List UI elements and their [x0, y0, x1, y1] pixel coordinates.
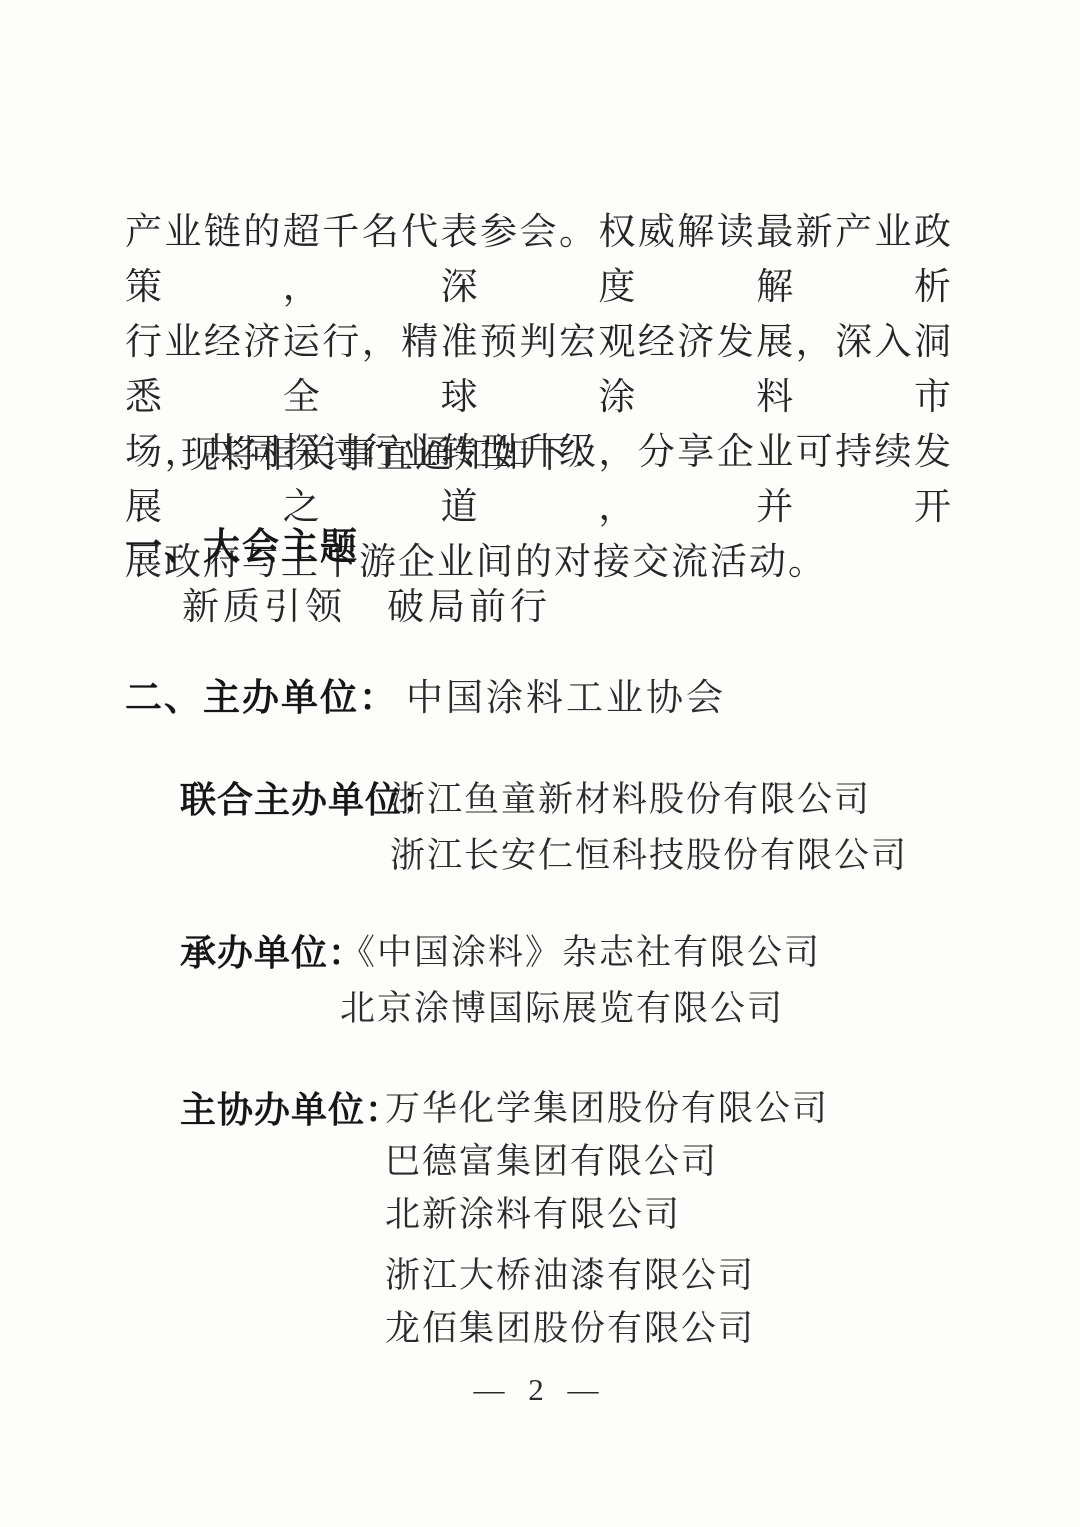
host-organization: 中国涂料工业协会 — [406, 678, 726, 719]
co-organizer-companies: 万华化学集团股份有限公司 巴德富集团有限公司 北新涂料有限公司 浙江大桥油漆有限… — [385, 1082, 829, 1355]
company-name: 巴德富集团有限公司 — [385, 1135, 829, 1188]
company-name: 万华化学集团股份有限公司 — [385, 1082, 829, 1135]
company-name: 浙江鱼童新材料股份有限公司 — [390, 772, 908, 828]
company-name: 浙江长安仁恒科技股份有限公司 — [390, 828, 908, 884]
conference-theme: 新质引领 破局前行 — [182, 576, 551, 630]
section-2-heading-label: 二、主办单位： — [125, 677, 398, 718]
co-host-label: 联合主办单位： — [180, 772, 439, 823]
company-name: 北新涂料有限公司 — [385, 1188, 829, 1241]
company-name: 《中国涂料》杂志社有限公司 — [340, 925, 821, 981]
intro-line: 产业链的超千名代表参会。权威解读最新产业政策，深度解析 — [125, 205, 953, 315]
undertaker-companies: 《中国涂料》杂志社有限公司 北京涂博国际展览有限公司 — [340, 925, 821, 1037]
company-name: 北京涂博国际展览有限公司 — [340, 981, 821, 1037]
co-host-companies: 浙江鱼童新材料股份有限公司 浙江长安仁恒科技股份有限公司 — [390, 772, 908, 884]
undertaker-group: 承办单位： 《中国涂料》杂志社有限公司 北京涂博国际展览有限公司 — [180, 925, 821, 1037]
notice-line: 现将相关事宜通知如下： — [181, 424, 610, 478]
co-host-group: 联合主办单位： 浙江鱼童新材料股份有限公司 浙江长安仁恒科技股份有限公司 — [180, 772, 908, 884]
section-1-heading: 一、大会主题 — [125, 516, 359, 570]
undertaker-label: 承办单位： — [180, 925, 365, 976]
page-number: — 2 — — [0, 1372, 1080, 1408]
company-name: 龙佰集团股份有限公司 — [385, 1302, 829, 1355]
co-organizer-group: 主协办单位： 万华化学集团股份有限公司 巴德富集团有限公司 北新涂料有限公司 浙… — [180, 1082, 829, 1355]
document-page: 产业链的超千名代表参会。权威解读最新产业政策，深度解析 行业经济运行，精准预判宏… — [0, 0, 1080, 1527]
company-name: 浙江大桥油漆有限公司 — [385, 1249, 829, 1302]
section-2-heading: 二、主办单位：中国涂料工业协会 — [125, 667, 726, 721]
intro-line: 行业经济运行，精准预判宏观经济发展，深入洞悉全球涂料市 — [125, 315, 953, 425]
co-organizer-label: 主协办单位： — [180, 1082, 402, 1133]
